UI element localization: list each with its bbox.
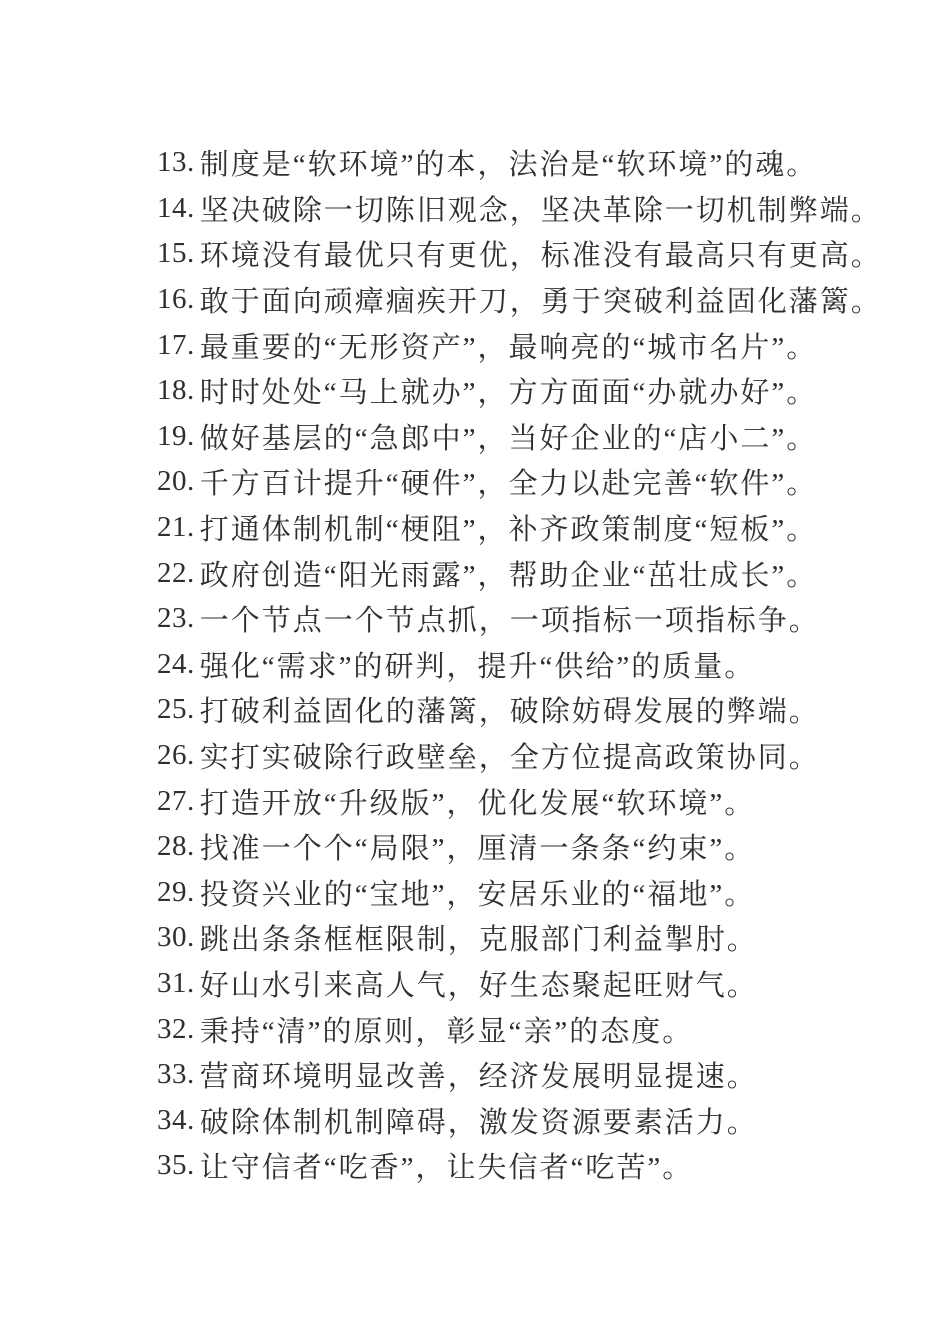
list-item: 25.打破利益固化的藩篱，破除妨碍发展的弊端。 xyxy=(157,687,942,733)
item-text: 打造开放“升级版”，优化发展“软环境”。 xyxy=(200,781,756,822)
item-text: 千方百计提升“硬件”，全力以赴完善“软件”。 xyxy=(200,461,818,502)
list-item: 20.千方百计提升“硬件”，全力以赴完善“软件”。 xyxy=(157,459,942,505)
item-text: 实打实破除行政壁垒，全方位提高政策协同。 xyxy=(200,735,820,776)
item-number: 27. xyxy=(157,785,195,818)
list-item: 28.找准一个个“局限”，厘清一条条“约束”。 xyxy=(157,824,942,870)
item-text: 政府创造“阳光雨露”，帮助企业“茁壮成长”。 xyxy=(200,553,818,594)
item-number: 19. xyxy=(157,420,195,453)
item-number: 28. xyxy=(157,830,195,863)
item-number: 32. xyxy=(157,1013,195,1046)
item-text: 秉持“清”的原则，彰显“亲”的态度。 xyxy=(200,1009,694,1050)
item-text: 找准一个个“局限”，厘清一条条“约束”。 xyxy=(200,826,756,867)
item-text: 敢于面向顽瘴痼疾开刀，勇于突破利益固化藩篱。 xyxy=(200,279,882,320)
list-item: 15.环境没有最优只有更优，标准没有最高只有更高。 xyxy=(157,231,942,277)
list-item: 35.让守信者“吃香”，让失信者“吃苦”。 xyxy=(157,1143,942,1189)
item-number: 26. xyxy=(157,739,195,772)
item-number: 17. xyxy=(157,329,195,362)
list-item: 23.一个节点一个节点抓，一项指标一项指标争。 xyxy=(157,596,942,642)
item-number: 22. xyxy=(157,557,195,590)
item-text: 打通体制机制“梗阻”，补齐政策制度“短板”。 xyxy=(200,507,818,548)
item-text: 好山水引来高人气，好生态聚起旺财气。 xyxy=(200,963,758,1004)
item-number: 23. xyxy=(157,602,195,635)
list-item: 18.时时处处“马上就办”，方方面面“办就办好”。 xyxy=(157,368,942,414)
item-number: 33. xyxy=(157,1058,195,1091)
list-item: 21.打通体制机制“梗阻”，补齐政策制度“短板”。 xyxy=(157,505,942,551)
item-text: 投资兴业的“宝地”，安居乐业的“福地”。 xyxy=(200,872,756,913)
item-text: 营商环境明显改善，经济发展明显提速。 xyxy=(200,1054,758,1095)
document-page: 13.制度是“软环境”的本，法治是“软环境”的魂。 14.坚决破除一切陈旧观念，… xyxy=(0,0,950,1344)
list-item: 32.秉持“清”的原则，彰显“亲”的态度。 xyxy=(157,1006,942,1052)
list-item: 19.做好基层的“急郎中”，当好企业的“店小二”。 xyxy=(157,414,942,460)
item-text: 制度是“软环境”的本，法治是“软环境”的魂。 xyxy=(200,142,818,183)
item-text: 强化“需求”的研判，提升“供给”的质量。 xyxy=(200,644,756,685)
list-item: 33.营商环境明显改善，经济发展明显提速。 xyxy=(157,1052,942,1098)
item-number: 18. xyxy=(157,374,195,407)
list-item: 14.坚决破除一切陈旧观念，坚决革除一切机制弊端。 xyxy=(157,186,942,232)
item-text: 做好基层的“急郎中”，当好企业的“店小二”。 xyxy=(200,416,818,457)
item-text: 环境没有最优只有更优，标准没有最高只有更高。 xyxy=(200,233,882,274)
list-item: 30.跳出条条框框限制，克服部门利益掣肘。 xyxy=(157,915,942,961)
item-text: 打破利益固化的藩篱，破除妨碍发展的弊端。 xyxy=(200,689,820,730)
item-number: 16. xyxy=(157,283,195,316)
item-number: 14. xyxy=(157,192,195,225)
item-text: 跳出条条框框限制，克服部门利益掣肘。 xyxy=(200,917,758,958)
item-text: 一个节点一个节点抓，一项指标一项指标争。 xyxy=(200,598,820,639)
item-number: 25. xyxy=(157,693,195,726)
list-item: 13.制度是“软环境”的本，法治是“软环境”的魂。 xyxy=(157,140,942,186)
numbered-list: 13.制度是“软环境”的本，法治是“软环境”的魂。 14.坚决破除一切陈旧观念，… xyxy=(157,140,942,1189)
item-number: 34. xyxy=(157,1104,195,1137)
item-number: 13. xyxy=(157,146,195,179)
item-text: 让守信者“吃香”，让失信者“吃苦”。 xyxy=(200,1145,694,1186)
list-item: 27.打造开放“升级版”，优化发展“软环境”。 xyxy=(157,778,942,824)
item-number: 20. xyxy=(157,465,195,498)
list-item: 29.投资兴业的“宝地”，安居乐业的“福地”。 xyxy=(157,870,942,916)
list-item: 17.最重要的“无形资产”，最响亮的“城市名片”。 xyxy=(157,322,942,368)
item-number: 24. xyxy=(157,648,195,681)
item-text: 时时处处“马上就办”，方方面面“办就办好”。 xyxy=(200,370,818,411)
item-number: 21. xyxy=(157,511,195,544)
item-number: 15. xyxy=(157,237,195,270)
list-item: 22.政府创造“阳光雨露”，帮助企业“茁壮成长”。 xyxy=(157,550,942,596)
list-item: 26.实打实破除行政壁垒，全方位提高政策协同。 xyxy=(157,733,942,779)
list-item: 24.强化“需求”的研判，提升“供给”的质量。 xyxy=(157,642,942,688)
item-text: 坚决破除一切陈旧观念，坚决革除一切机制弊端。 xyxy=(200,188,882,229)
item-text: 破除体制机制障碍，激发资源要素活力。 xyxy=(200,1100,758,1141)
list-item: 16.敢于面向顽瘴痼疾开刀，勇于突破利益固化藩篱。 xyxy=(157,277,942,323)
list-item: 31.好山水引来高人气，好生态聚起旺财气。 xyxy=(157,961,942,1007)
item-number: 30. xyxy=(157,921,195,954)
item-number: 35. xyxy=(157,1149,195,1182)
item-number: 29. xyxy=(157,876,195,909)
list-item: 34.破除体制机制障碍，激发资源要素活力。 xyxy=(157,1097,942,1143)
item-text: 最重要的“无形资产”，最响亮的“城市名片”。 xyxy=(200,325,818,366)
item-number: 31. xyxy=(157,967,195,1000)
